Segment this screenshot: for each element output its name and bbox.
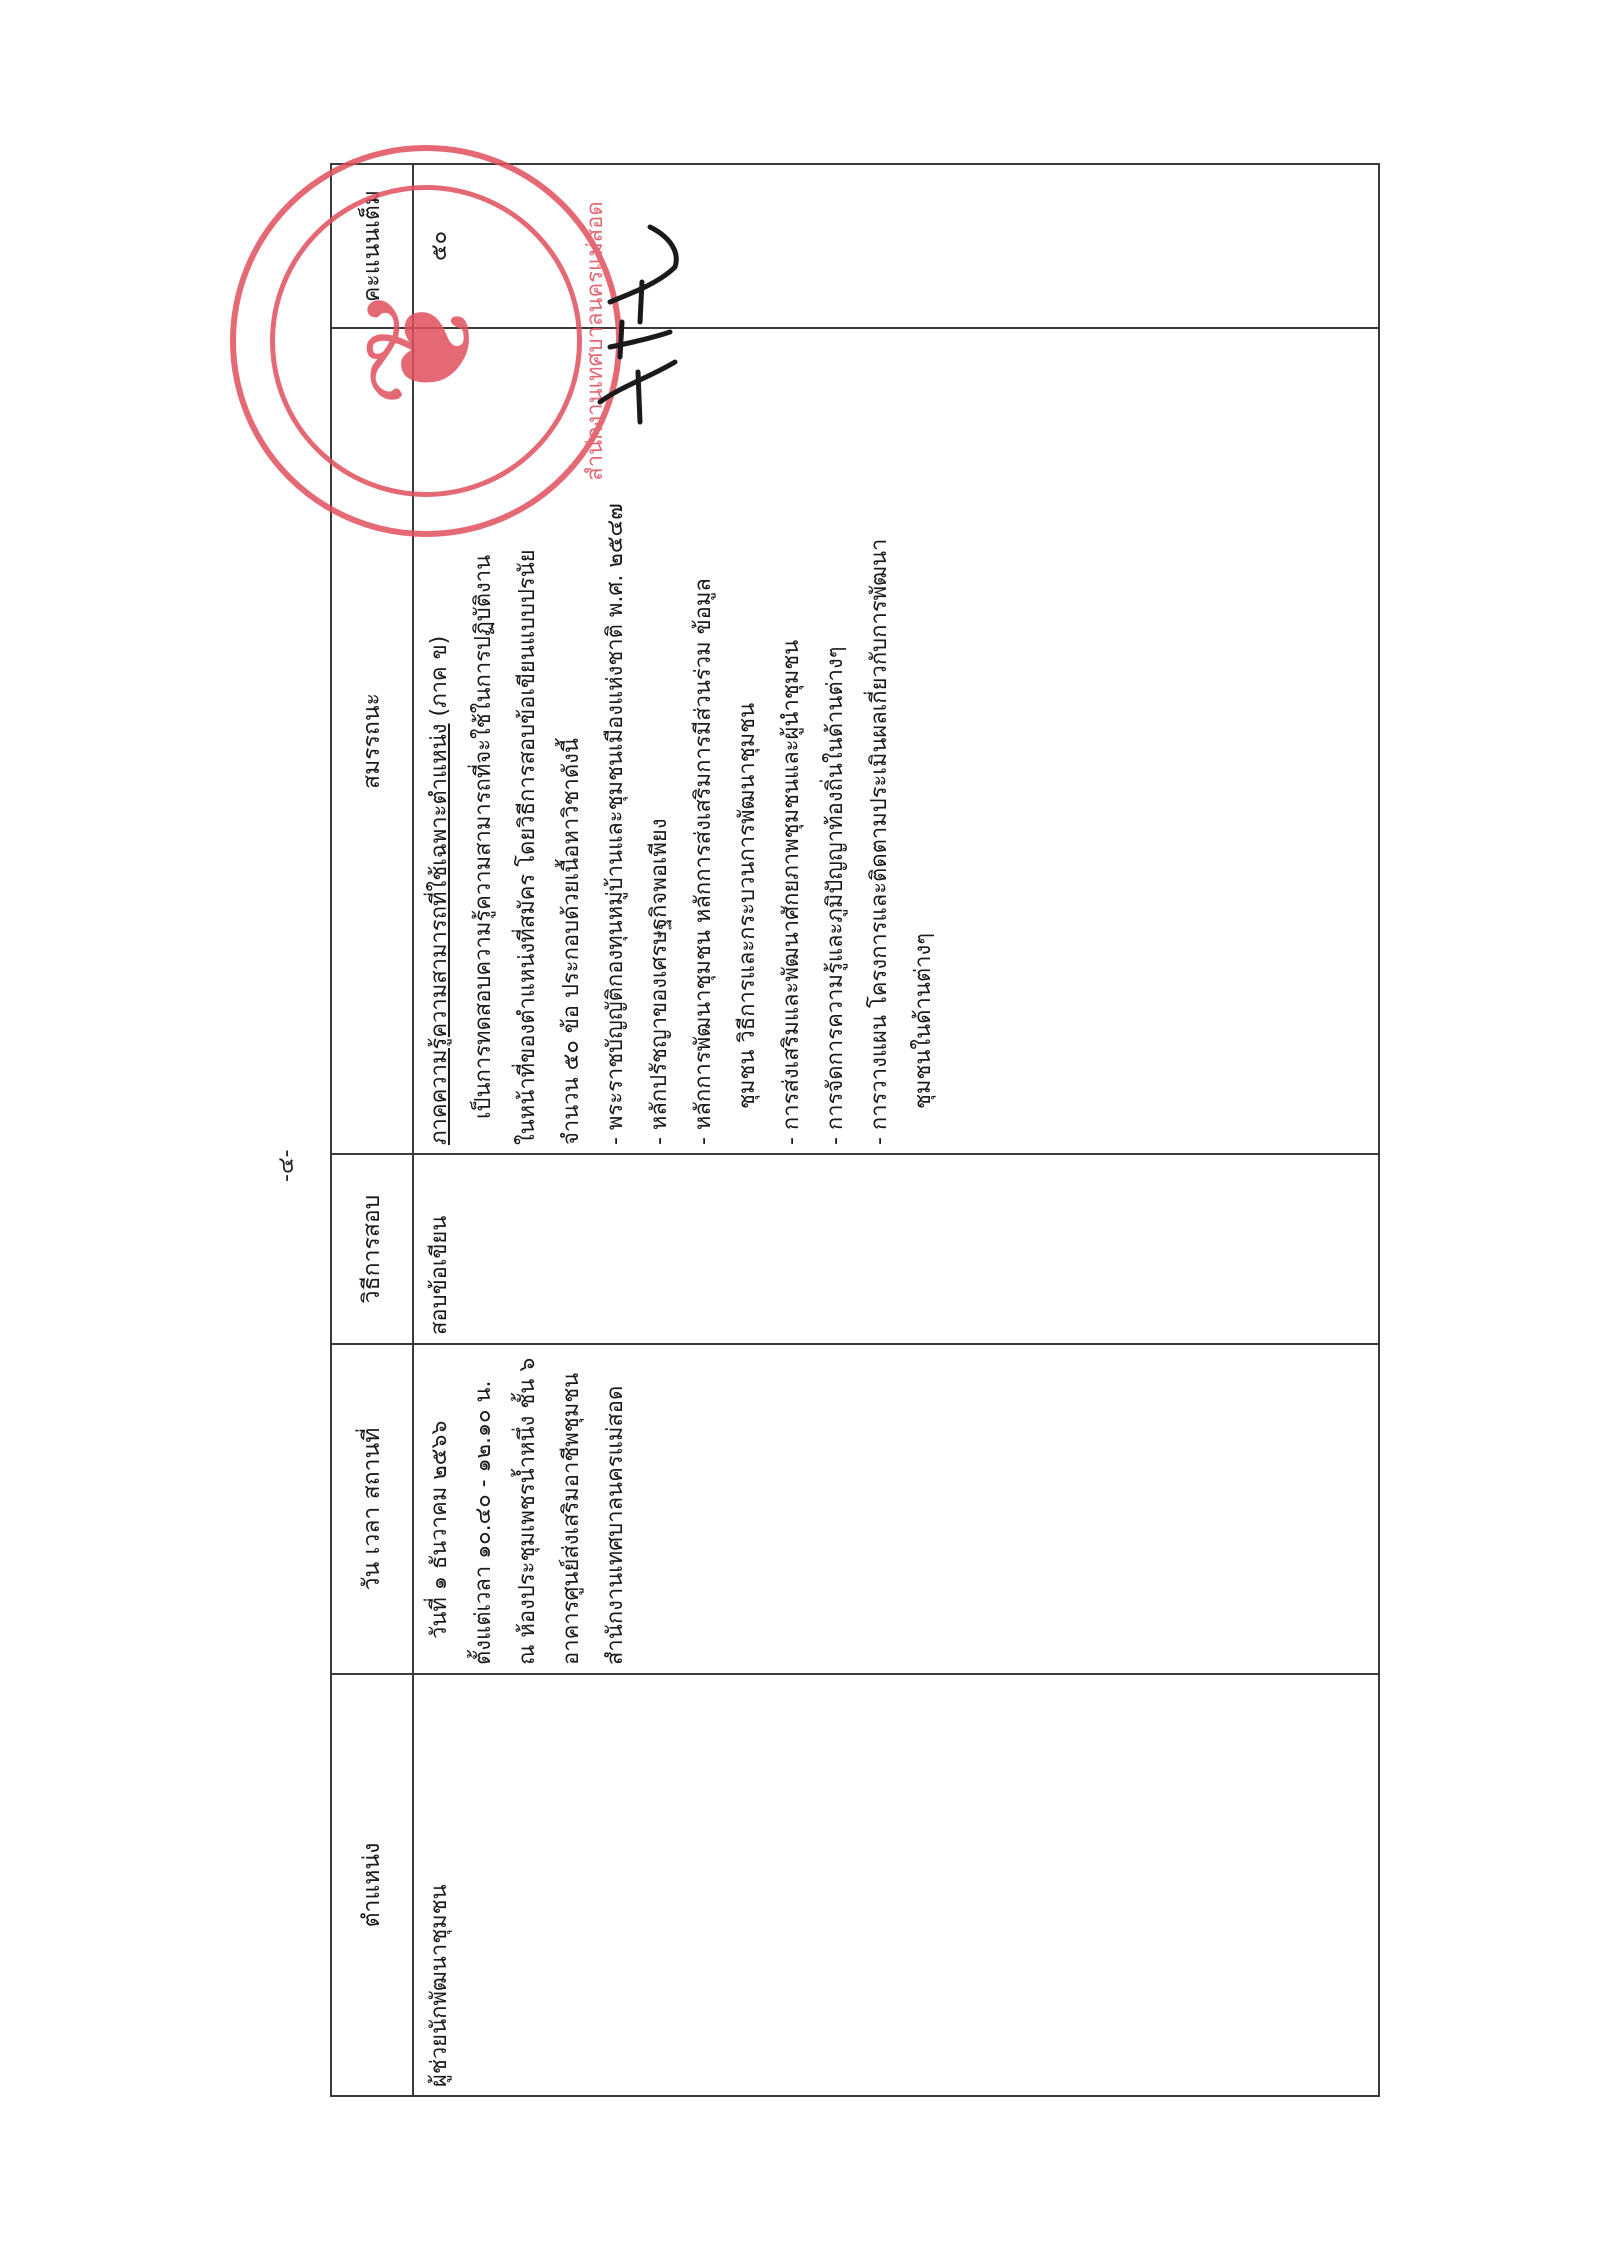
competency-subject-item: - หลักการพัฒนาชุมชน หลักการส่งเสริมการมี… — [682, 337, 770, 1145]
competency-subject-item: - หลักปรัชญาของเศรษฐกิจพอเพียง — [638, 337, 682, 1145]
subject-item-text: - หลักการพัฒนาชุมชน หลักการส่งเสริมการมี… — [682, 337, 726, 1145]
page-number: -๔- — [268, 1149, 303, 1182]
competency-subject-item: - การจัดการความรู้และภูมิปัญญาท้องถิ่นใน… — [814, 337, 858, 1145]
competency-subject-list: - พระราชบัญญัติกองทุนหมู่บ้านและชุมชนเมื… — [594, 337, 946, 1145]
subject-item-text: - การจัดการความรู้และภูมิปัญญาท้องถิ่นใน… — [814, 337, 858, 1145]
subject-item-text: - การส่งเสริมและพัฒนาศักยภาพชุมชนและผู้น… — [770, 337, 814, 1145]
subject-item-text: - การวางแผน โครงการและติดตามประเมินผลเกี… — [858, 337, 902, 1145]
header-position: ตำแหน่ง — [331, 1674, 413, 2096]
exam-method: สอบข้อเขียน — [427, 1216, 452, 1335]
competency-subject-item: - การส่งเสริมและพัฒนาศักยภาพชุมชนและผู้น… — [770, 337, 814, 1145]
subject-item-continuation: ชุมชนในด้านต่างๆ — [902, 337, 946, 1145]
exam-room: ณ ห้องประชุมเพชรน้ำหนึ่ง ชั้น ๖ — [506, 1353, 550, 1665]
signature-icon — [580, 212, 690, 432]
cell-method: สอบข้อเขียน — [413, 1154, 1379, 1344]
official-seal-stamp: ❦ สำนักงานเทศบาลนครแม่สอด — [230, 145, 622, 537]
cell-position: ผู้ช่วยนักพัฒนาชุมชน — [413, 1674, 1379, 2096]
header-method: วิธีการสอบ — [331, 1154, 413, 1344]
competency-subject-item: - การวางแผน โครงการและติดตามประเมินผลเกี… — [858, 337, 946, 1145]
competency-heading-title: ภาคความรู้ความสามารถที่ใช้เฉพาะตำแหน่ง — [427, 724, 452, 1145]
exam-date: วันที่ ๑ ธันวาคม ๒๕๖๖ — [418, 1353, 462, 1665]
position-name: ผู้ช่วยนักพัฒนาชุมชน — [427, 1884, 452, 2087]
exam-office: สำนักงานเทศบาลนครแม่สอด — [594, 1353, 638, 1665]
subject-item-text: - หลักปรัชญาของเศรษฐกิจพอเพียง — [638, 337, 682, 1145]
cell-datetime-place: วันที่ ๑ ธันวาคม ๒๕๖๖ ตั้งแต่เวลา ๑๐.๔๐ … — [413, 1344, 1379, 1674]
header-datetime-place: วัน เวลา สถานที่ — [331, 1344, 413, 1674]
subject-item-continuation: ชุมชน วิธีการและกระบวนการพัฒนาชุมชน — [726, 337, 770, 1145]
document-page: -๔- ตำแหน่ง วัน เวลา สถานที่ วิธีการสอบ … — [0, 0, 1600, 2262]
exam-building: อาคารศูนย์ส่งเสริมอาชีพชุมชน — [550, 1353, 594, 1665]
exam-time: ตั้งแต่เวลา ๑๐.๔๐ - ๑๒.๑๐ น. — [462, 1353, 506, 1665]
competency-heading-suffix: (ภาค ข) — [427, 636, 452, 717]
garuda-emblem-icon: ❦ — [316, 251, 526, 441]
